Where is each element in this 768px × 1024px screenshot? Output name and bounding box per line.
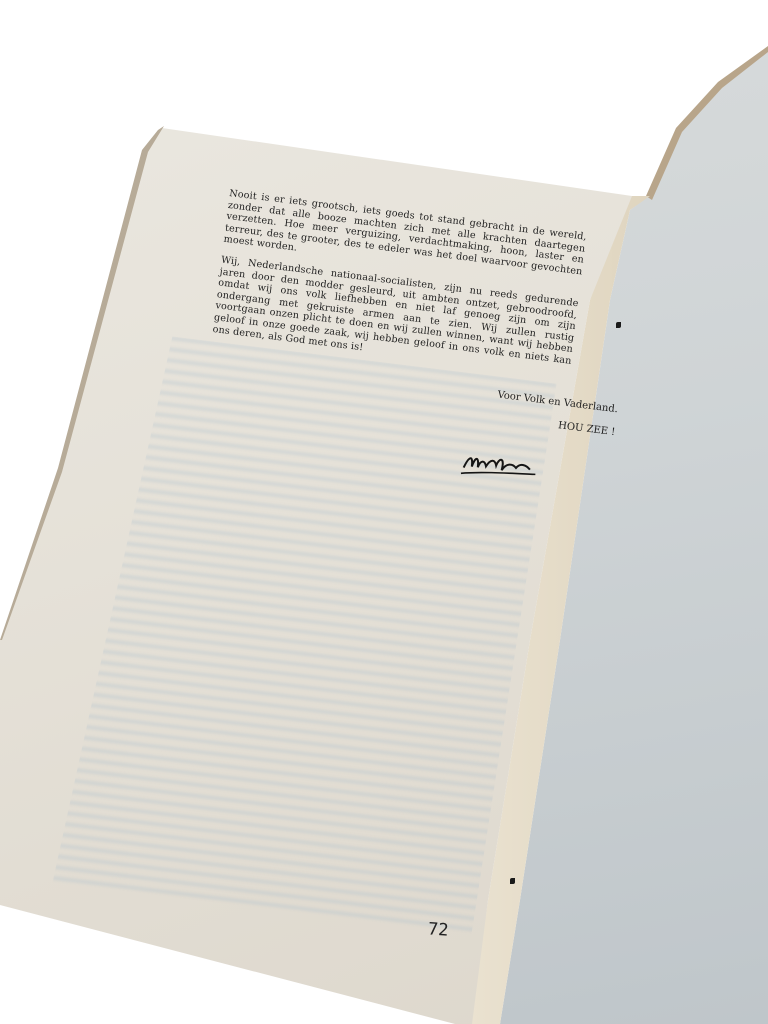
spine-tear-top bbox=[616, 322, 621, 328]
page-number: 72 bbox=[427, 919, 449, 940]
spine-tear-bottom bbox=[510, 878, 515, 884]
